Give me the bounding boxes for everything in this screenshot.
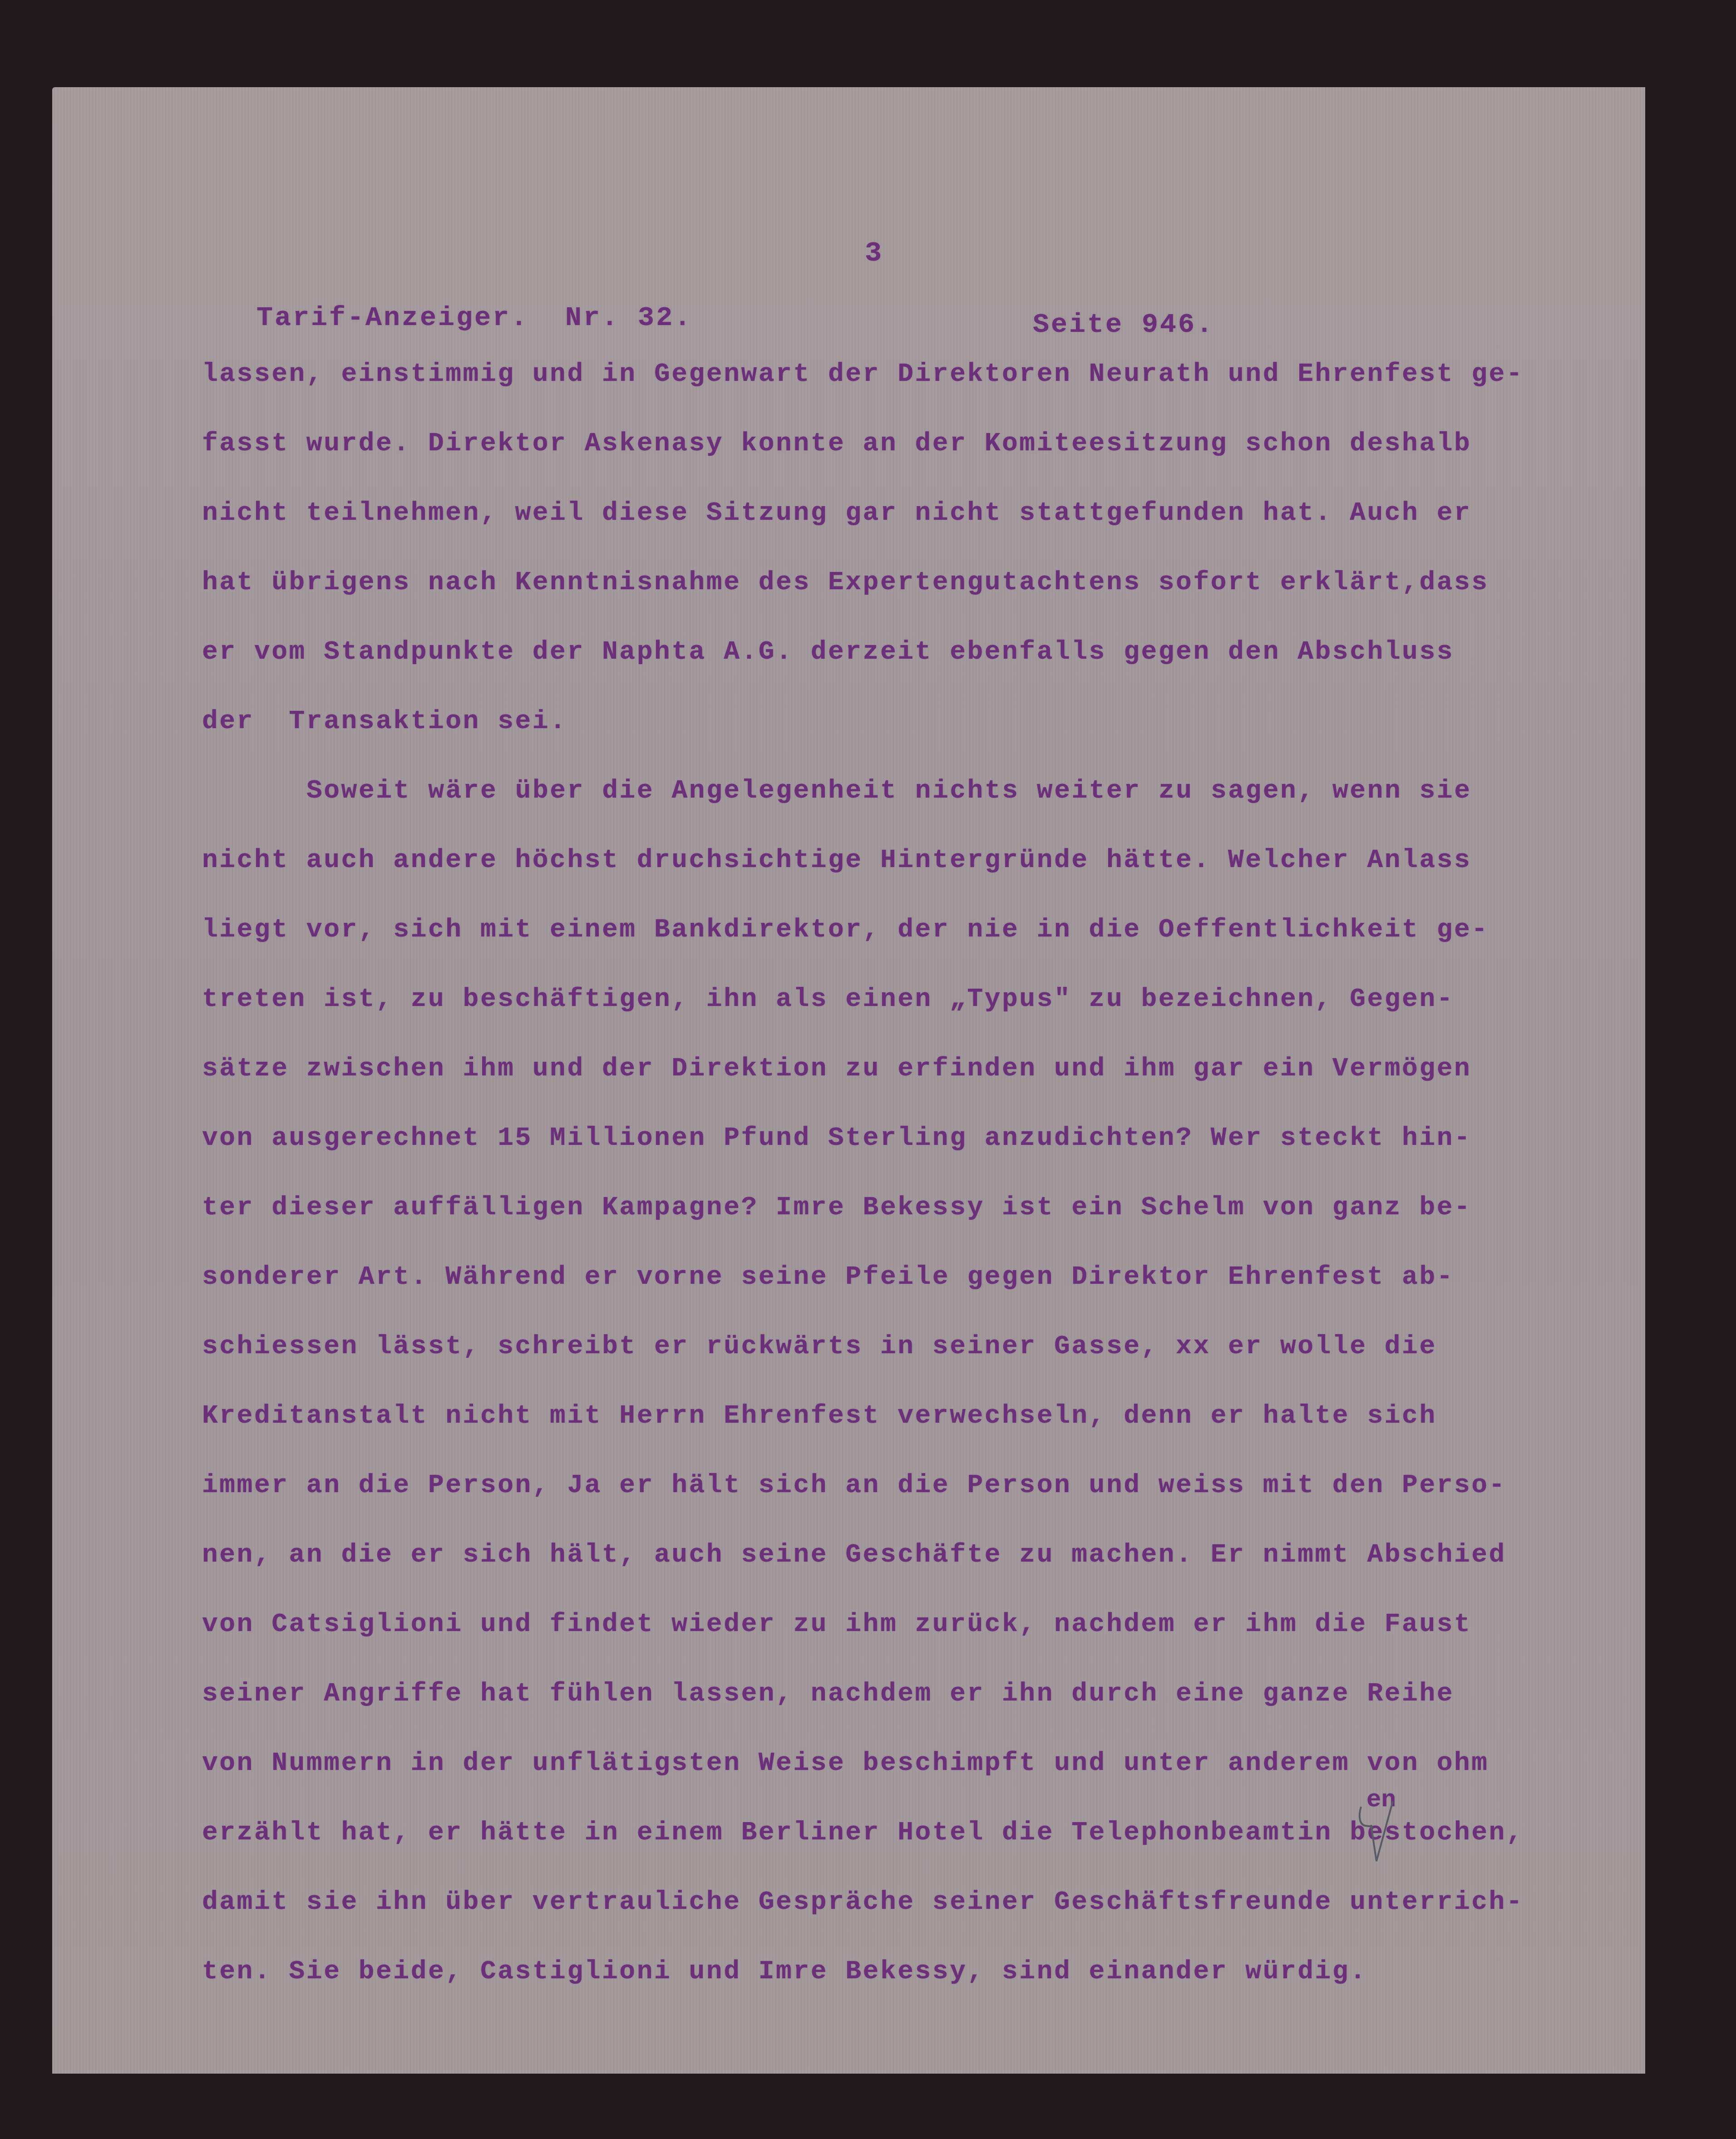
text-line: fasst wurde. Direktor Askenasy konnte an…: [202, 428, 1632, 498]
text-line: sonderer Art. Während er vorne seine Pfe…: [202, 1262, 1632, 1331]
text-line: von ausgerechnet 15 Millionen Pfund Ster…: [202, 1123, 1632, 1192]
text-line: sätze zwischen ihm und der Direktion zu …: [202, 1053, 1632, 1123]
text-line: Kreditanstalt nicht mit Herrn Ehrenfest …: [202, 1400, 1632, 1470]
text-line: nen, an die er sich hält, auch seine Ges…: [202, 1539, 1632, 1609]
text-line: von Catsiglioni und findet wieder zu ihm…: [202, 1609, 1632, 1678]
text-line: treten ist, zu beschäftigen, ihn als ein…: [202, 984, 1632, 1053]
text-line: der Transaktion sei.: [202, 706, 1632, 775]
text-line: schiessen lässt, schreibt er rückwärts i…: [202, 1331, 1632, 1400]
text-line: ter dieser auffälligen Kampagne? Imre Be…: [202, 1192, 1632, 1262]
insertion-caret-icon: [1357, 1798, 1398, 1866]
text-line: hat übrigens nach Kenntnisnahme des Expe…: [202, 567, 1632, 636]
text-line: damit sie ihn über vertrauliche Gespräch…: [202, 1887, 1632, 1956]
text-line: nicht auch andere höchst druchsichtige H…: [202, 845, 1632, 914]
paragraph-start-line: Soweit wäre über die Angelegenheit nicht…: [202, 775, 1632, 845]
text-line: erzählt hat, er hätte in einem Berliner …: [202, 1817, 1632, 1887]
header-page-reference: Seite 946.: [1033, 310, 1214, 340]
text-line: lassen, einstimmig und in Gegenwart der …: [202, 359, 1632, 428]
text-line: liegt vor, sich mit einem Bankdirektor, …: [202, 914, 1632, 984]
text-line: nicht teilnehmen, weil diese Sitzung gar…: [202, 498, 1632, 567]
text-line: er vom Standpunkte der Naphta A.G. derze…: [202, 636, 1632, 706]
text-line: von Nummern in der unflätigsten Weise be…: [202, 1748, 1632, 1817]
text-line: immer an die Person, Ja er hält sich an …: [202, 1470, 1632, 1539]
text-line: ten. Sie beide, Castiglioni und Imre Bek…: [202, 1956, 1632, 2026]
page-number: 3: [865, 237, 883, 269]
header-publication: Tarif-Anzeiger. Nr. 32.: [256, 303, 692, 334]
document-body: lassen, einstimmig und in Gegenwart der …: [202, 359, 1632, 2026]
text-line: seiner Angriffe hat fühlen lassen, nachd…: [202, 1678, 1632, 1748]
